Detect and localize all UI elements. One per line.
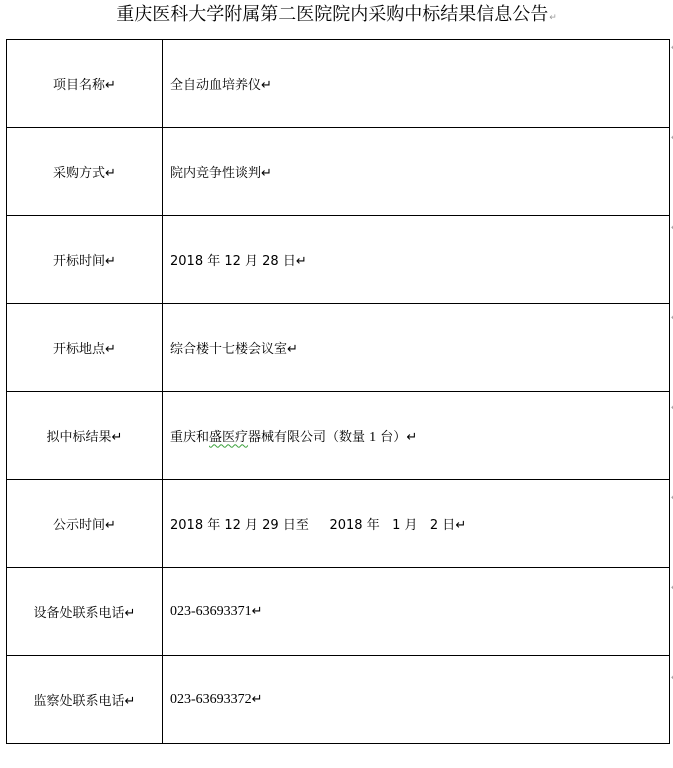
label-project-name: 项目名称 xyxy=(53,78,105,93)
table-row-bid-opening-location: 开标地点↵ 综合楼十七楼会议室↵ xyxy=(7,304,670,392)
value-bid-opening-location: 综合楼十七楼会议室 xyxy=(170,342,287,357)
value-cell: 综合楼十七楼会议室↵ xyxy=(163,304,670,392)
paragraph-mark-icon: ↵ xyxy=(125,694,136,709)
table-row-publicity-period: 公示时间↵ 2018 年 12 月 29 日至 2018 年 1 月 2 日↵ xyxy=(7,480,670,568)
title-text: 重庆医科大学附属第二医院院内采购中标结果信息公告 xyxy=(116,4,548,25)
label-cell: 公示时间↵ xyxy=(7,480,163,568)
table-row-equipment-dept-phone: 设备处联系电话↵ 023-63693371↵ xyxy=(7,568,670,656)
paragraph-mark-icon: ↵ xyxy=(105,254,116,269)
value-procurement-method: 院内竞争性谈判 xyxy=(170,166,261,181)
label-procurement-method: 采购方式 xyxy=(53,166,105,181)
paragraph-mark-icon: ↵ xyxy=(125,606,136,621)
value-cell: 023-63693372↵ xyxy=(163,656,670,744)
value-proposed-winner: 重庆和盛医疗器械有限公司（数量 1 台） xyxy=(170,430,406,445)
winner-text-part: 重庆和 xyxy=(170,430,209,445)
value-bid-opening-time: 2018 年 12 月 28 日 xyxy=(170,254,296,269)
value-project-name: 全自动血培养仪 xyxy=(170,78,261,93)
table-row-supervision-dept-phone: 监察处联系电话↵ 023-63693372↵ xyxy=(7,656,670,744)
label-cell: 监察处联系电话↵ xyxy=(7,656,163,744)
label-cell: 拟中标结果↵ xyxy=(7,392,163,480)
value-cell: 院内竞争性谈判↵ xyxy=(163,128,670,216)
label-cell: 设备处联系电话↵ xyxy=(7,568,163,656)
paragraph-mark-icon: ↵ xyxy=(296,254,307,269)
table-row-bid-opening-time: 开标时间↵ 2018 年 12 月 28 日↵ xyxy=(7,216,670,304)
table-row-proposed-winner: 拟中标结果↵ 重庆和盛医疗器械有限公司（数量 1 台）↵ xyxy=(7,392,670,480)
value-cell: 重庆和盛医疗器械有限公司（数量 1 台）↵ xyxy=(163,392,670,480)
label-cell: 项目名称↵ xyxy=(7,40,163,128)
label-cell: 采购方式↵ xyxy=(7,128,163,216)
label-cell: 开标时间↵ xyxy=(7,216,163,304)
label-publicity-period: 公示时间 xyxy=(53,518,105,533)
label-cell: 开标地点↵ xyxy=(7,304,163,392)
value-equipment-dept-phone: 023-63693371 xyxy=(170,604,252,619)
paragraph-mark-icon: ↵ xyxy=(406,430,417,445)
winner-text-part: 台） xyxy=(376,430,406,445)
value-publicity-period: 2018 年 12 月 29 日至 2018 年 1 月 2 日 xyxy=(170,518,455,533)
paragraph-mark-icon: ↵ xyxy=(287,342,298,357)
procurement-result-table: 项目名称↵ 全自动血培养仪↵ 采购方式↵ 院内竞争性谈判↵ 开标时间↵ 2018… xyxy=(6,39,670,744)
paragraph-mark-icon: ↵ xyxy=(455,518,466,533)
paragraph-mark-icon: ↵ xyxy=(261,166,272,181)
winner-text-part: 器械有限公司（数量 xyxy=(248,430,369,445)
value-cell: 全自动血培养仪↵ xyxy=(163,40,670,128)
paragraph-mark-icon: ↵ xyxy=(105,342,116,357)
paragraph-mark-icon: ↵ xyxy=(112,430,123,445)
table-row-project-name: 项目名称↵ 全自动血培养仪↵ xyxy=(7,40,670,128)
paragraph-mark-icon: ↵ xyxy=(261,78,272,93)
table-row-procurement-method: 采购方式↵ 院内竞争性谈判↵ xyxy=(7,128,670,216)
value-cell: 2018 年 12 月 29 日至 2018 年 1 月 2 日↵ xyxy=(163,480,670,568)
spellcheck-underlined-text: 盛医疗 xyxy=(209,430,248,445)
value-cell: 023-63693371↵ xyxy=(163,568,670,656)
paragraph-mark-icon: ↵ xyxy=(252,692,263,707)
paragraph-mark-icon: ↵ xyxy=(105,518,116,533)
paragraph-mark-icon: ↵ xyxy=(105,78,116,93)
label-bid-opening-location: 开标地点 xyxy=(53,342,105,357)
label-supervision-dept-phone: 监察处联系电话 xyxy=(34,694,125,709)
paragraph-mark-icon: ↵ xyxy=(549,13,557,23)
document-title: 重庆医科大学附属第二医院院内采购中标结果信息公告↵ xyxy=(0,3,673,30)
label-bid-opening-time: 开标时间 xyxy=(53,254,105,269)
paragraph-mark-icon: ↵ xyxy=(105,166,116,181)
label-proposed-winner: 拟中标结果 xyxy=(47,430,112,445)
value-cell: 2018 年 12 月 28 日↵ xyxy=(163,216,670,304)
paragraph-mark-icon: ↵ xyxy=(252,604,263,619)
value-supervision-dept-phone: 023-63693372 xyxy=(170,692,252,707)
label-equipment-dept-phone: 设备处联系电话 xyxy=(34,606,125,621)
